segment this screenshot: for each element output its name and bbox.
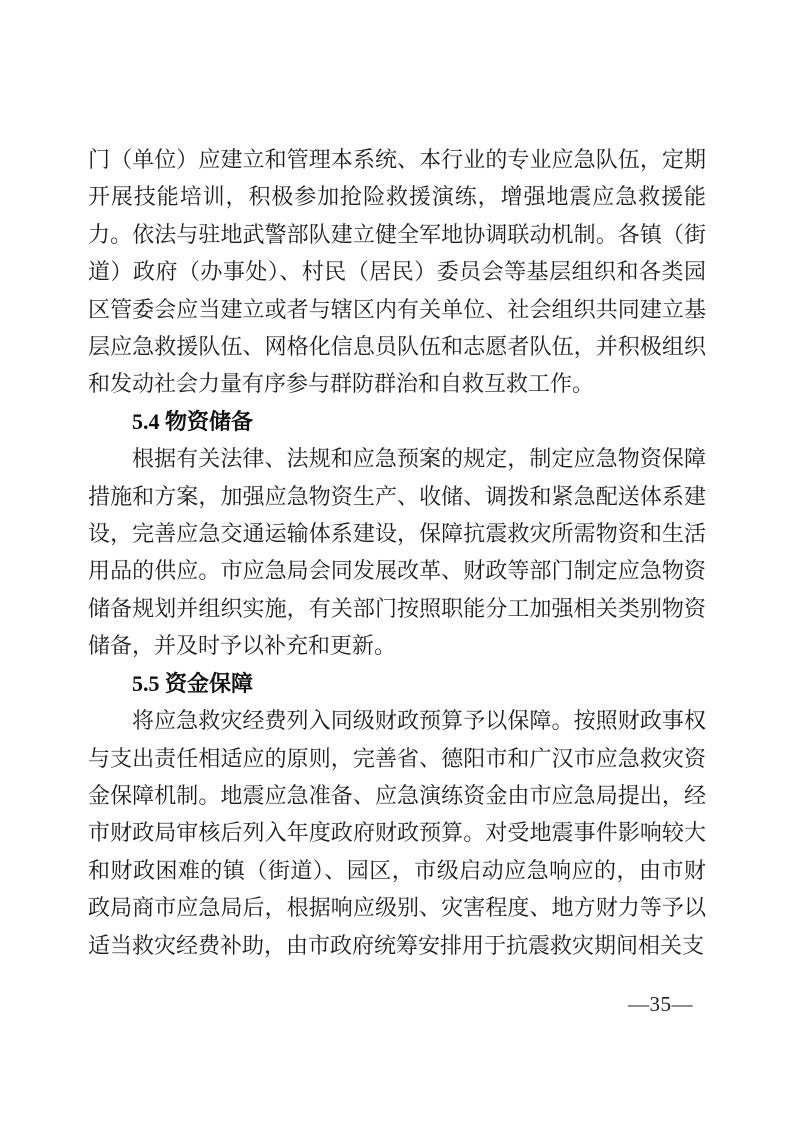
paragraph-material-reserves: 根据有关法律、法规和应急预案的规定，制定应急物资保障措施和方案，加强应急物资生产…: [88, 440, 706, 664]
page-number: —35—: [628, 992, 693, 1016]
page-content: 门（单位）应建立和管理本系统、本行业的专业应急队伍，定期开展技能培训，积极参加抢…: [88, 141, 706, 964]
paragraph-funding-guarantee: 将应急救灾经费列入同级财政预算予以保障。按照财政事权与支出责任相适应的原则，完善…: [88, 702, 706, 964]
paragraph-emergency-teams-continued: 门（单位）应建立和管理本系统、本行业的专业应急队伍，定期开展技能培训，积极参加抢…: [88, 141, 706, 403]
document-page: 门（单位）应建立和管理本系统、本行业的专业应急队伍，定期开展技能培训，积极参加抢…: [0, 0, 793, 1122]
section-heading-5-5-funding-guarantee: 5.5 资金保障: [88, 665, 706, 702]
section-heading-5-4-material-reserves: 5.4 物资储备: [88, 403, 706, 440]
